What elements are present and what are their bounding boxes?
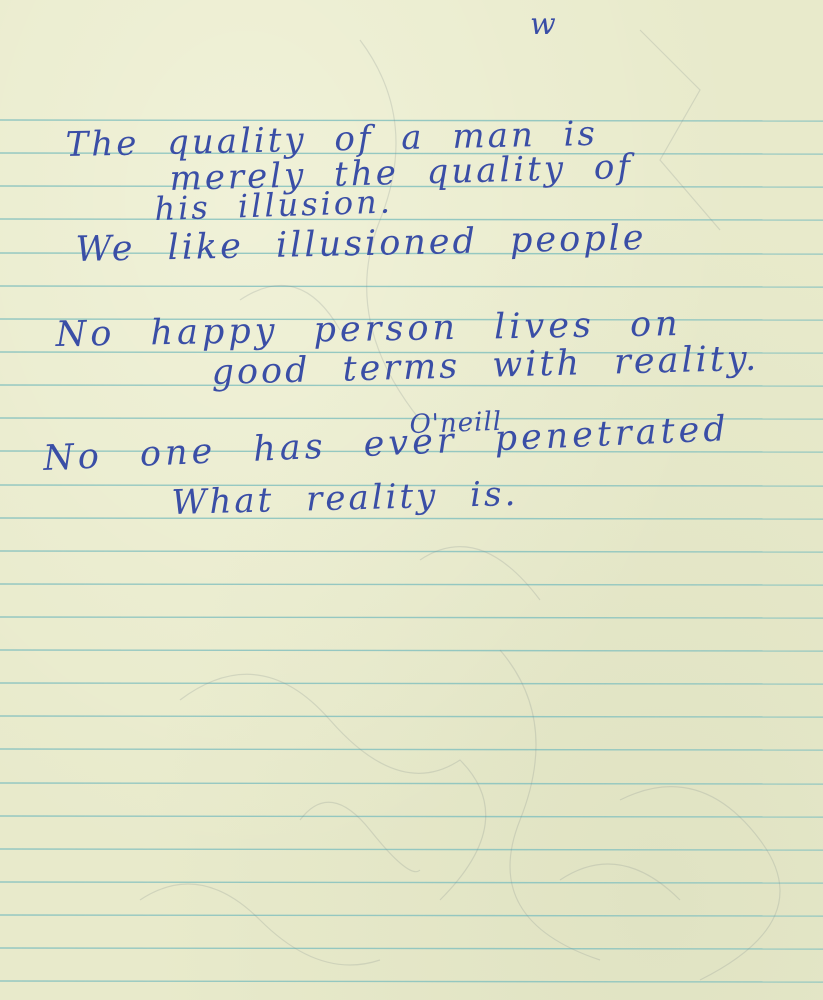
handwritten-line: What reality is. — [171, 477, 519, 520]
notebook-page: w The quality of a man is merely the qua… — [0, 0, 823, 1000]
page-mark: w — [530, 10, 556, 40]
handwritten-line: his illusion. — [154, 186, 393, 225]
